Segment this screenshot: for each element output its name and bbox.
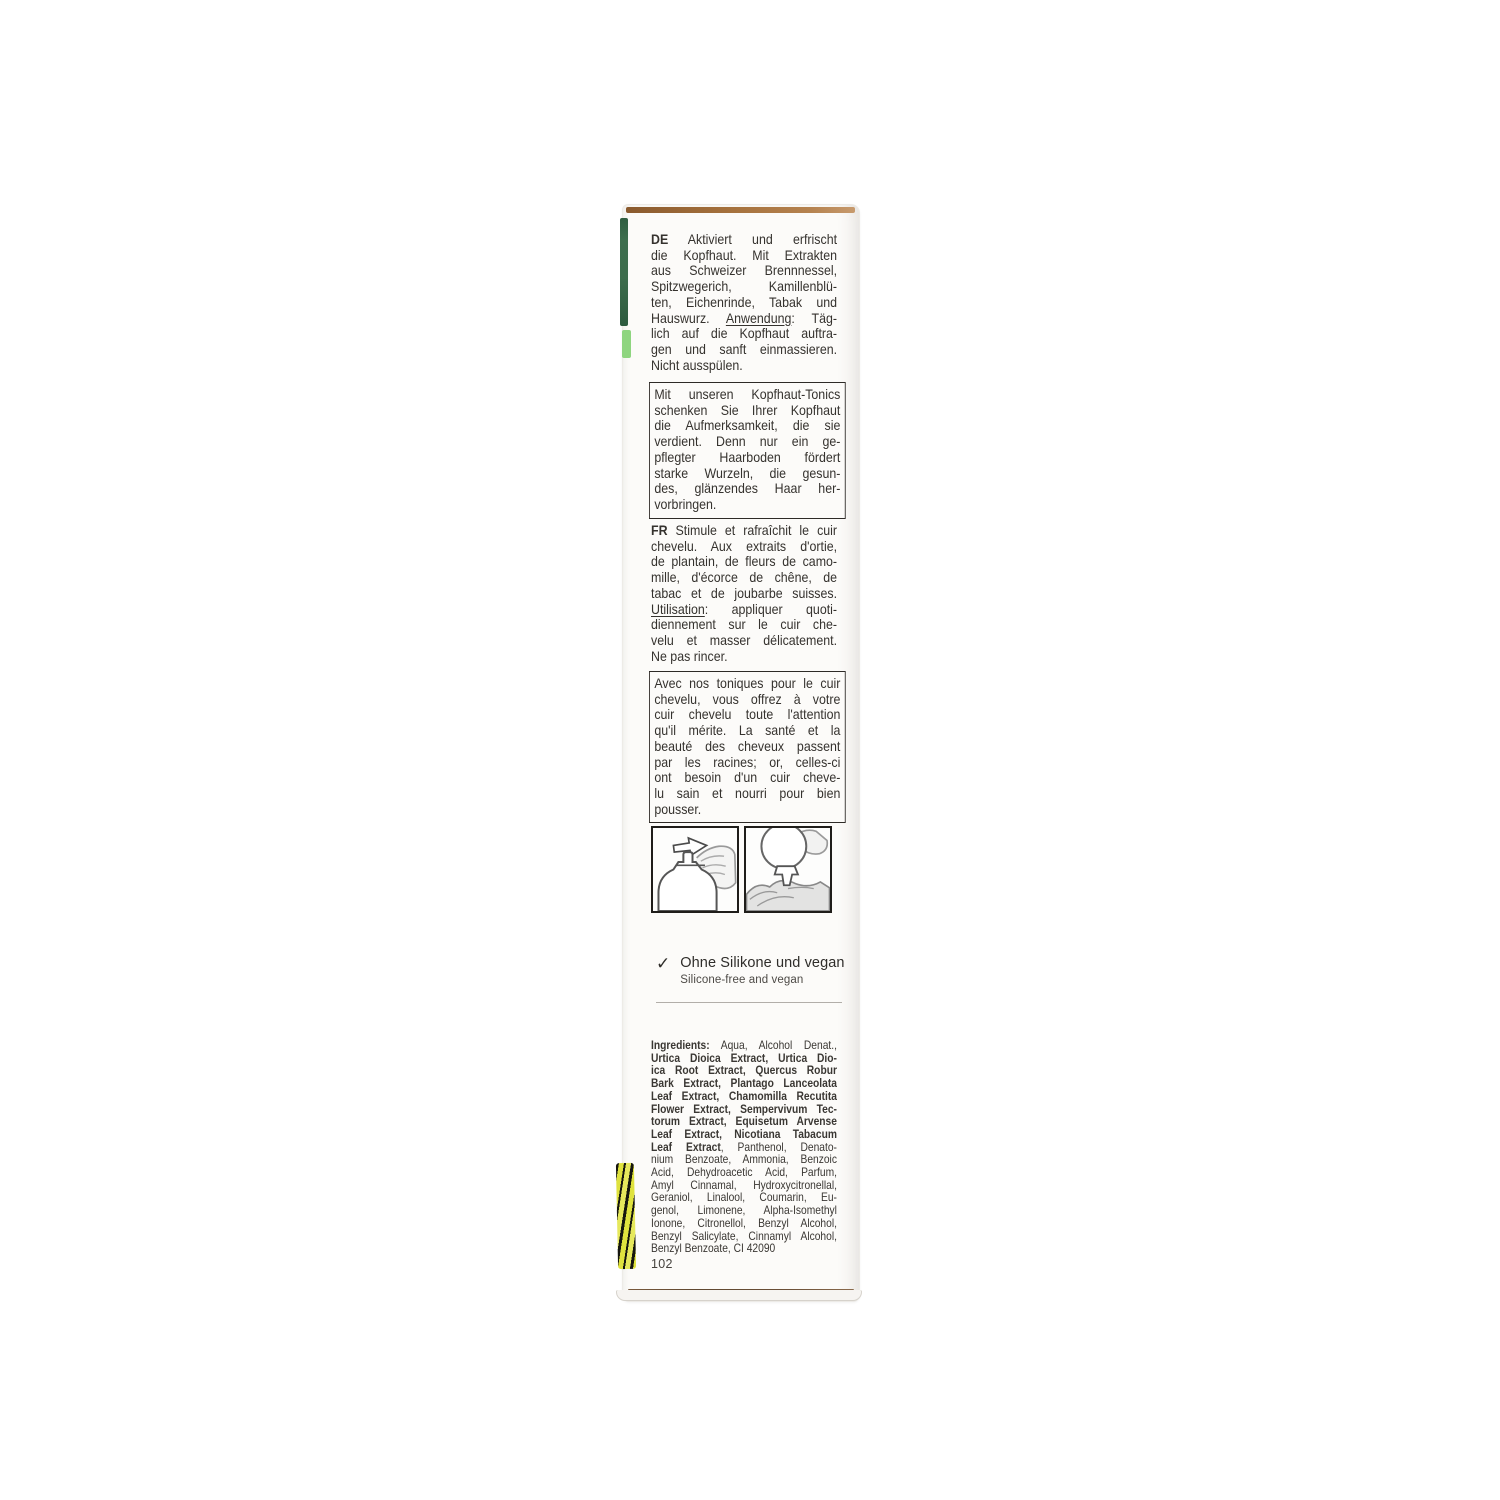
photo-background: DE Aktiviert und erfrischtdie Kopfhaut. … (0, 0, 1500, 1500)
claim-title: Ohne Silikone und vegan (680, 955, 844, 972)
open-nozzle-pictogram-icon (651, 826, 739, 913)
apply-to-scalp-pictogram-icon (744, 826, 832, 913)
product-photo: { "photo": { "background_color": "#fffff… (0, 0, 1500, 1500)
fr-description-paragraph: FR Stimule et rafraîchit le cuirchevelu.… (651, 523, 837, 664)
ingredients-list: Ingredients: Aqua, Alcohol Denat.,Urtica… (651, 1039, 837, 1255)
side-barcode-strip (616, 1163, 636, 1269)
article-number: 102 (651, 1257, 673, 1271)
divider-line (656, 1002, 842, 1003)
de-note-box: Mit unseren Kopfhaut-Tonicsschenken Sie … (649, 382, 846, 519)
fr-note-box: Avec nos toniques pour le cuirchevelu, v… (649, 671, 846, 823)
box-bottom-flap (616, 1290, 862, 1301)
package-side-panel: DE Aktiviert und erfrischtdie Kopfhaut. … (622, 204, 860, 1302)
claim-subtitle: Silicone-free and vegan (680, 973, 844, 987)
side-dark-green-strip (620, 218, 628, 326)
usage-pictograms (651, 826, 839, 913)
de-description-paragraph: DE Aktiviert und erfrischtdie Kopfhaut. … (651, 232, 837, 373)
box-top-flap-edge (626, 207, 855, 213)
checkmark-icon: ✓ (656, 955, 670, 973)
claims-text: Ohne Silikone und vegan Silicone-free an… (680, 955, 844, 987)
claims-section: ✓ Ohne Silikone und vegan Silicone-free … (656, 955, 845, 987)
side-light-green-strip (622, 330, 631, 358)
